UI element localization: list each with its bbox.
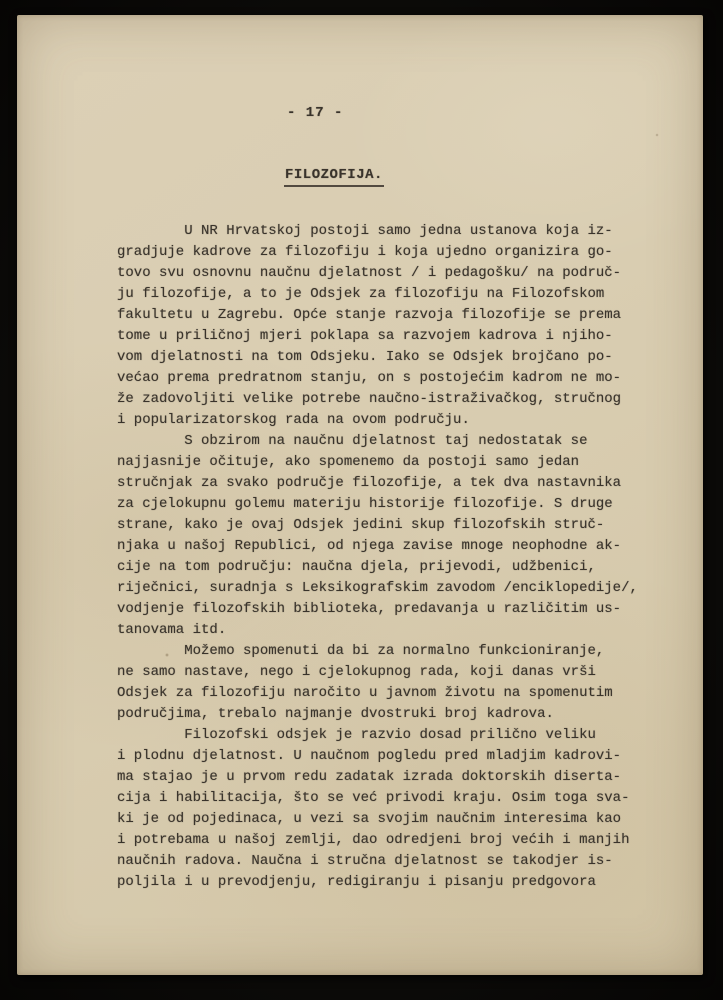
scan-viewport: - 17 - FILOZOFIJA. U NR Hrvatskoj postoj… — [0, 0, 723, 1000]
document-title: FILOZOFIJA. — [284, 167, 384, 187]
paragraph-4: Filozofski odsjek je razvio dosad prilič… — [117, 725, 669, 893]
page-number: - 17 - — [287, 105, 343, 121]
document-body: U NR Hrvatskoj postoji samo jedna ustano… — [117, 221, 669, 893]
document-page: - 17 - FILOZOFIJA. U NR Hrvatskoj postoj… — [17, 15, 703, 975]
paragraph-1: U NR Hrvatskoj postoji samo jedna ustano… — [117, 221, 669, 431]
paragraph-3: Možemo spomenuti da bi za normalno funkc… — [117, 641, 669, 725]
paragraph-2: S obzirom na naučnu djelatnost taj nedos… — [117, 431, 669, 641]
